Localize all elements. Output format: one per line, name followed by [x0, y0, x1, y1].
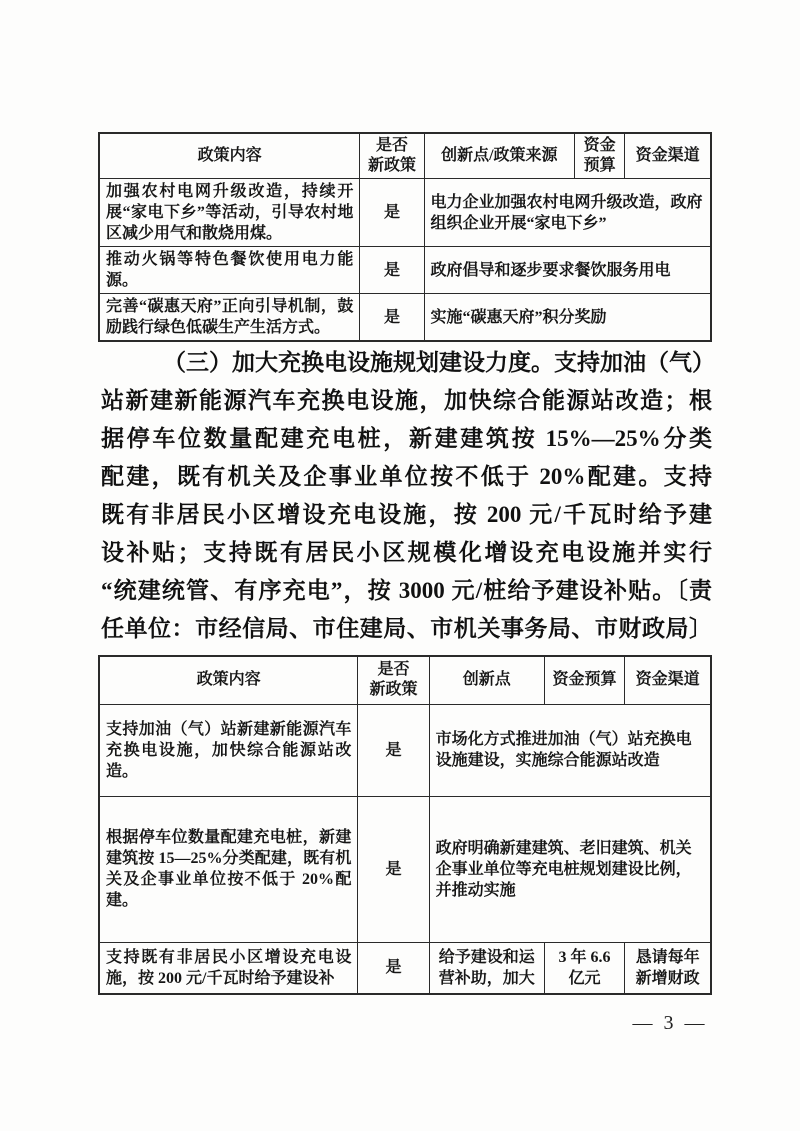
header-is-new-policy: 是否 新政策: [360, 133, 424, 179]
header-fund-budget: 资金预算: [544, 656, 624, 704]
is-new-cell: 是: [360, 294, 424, 342]
header-fund-channel: 资金渠道: [625, 133, 711, 179]
policy-content-cell: 完善“碳惠天府”正向引导机制，鼓励践行绿色低碳生产生活方式。: [99, 294, 360, 342]
policy-content-cell: 加强农村电网升级改造，持续开展“家电下乡”等活动，引导农村地区减少用气和散烧用煤…: [99, 179, 360, 247]
table-row: 加强农村电网升级改造，持续开展“家电下乡”等活动，引导农村地区减少用气和散烧用煤…: [99, 179, 711, 247]
is-new-cell: 是: [358, 942, 429, 994]
header-fund-channel: 资金渠道: [625, 656, 711, 704]
section-paragraph: （三）加大充换电设施规划建设力度。支持加油（气） 站新建新能源汽车充换电设施，加…: [101, 344, 712, 648]
policy-content-cell: 推动火锅等特色餐饮使用电力能源。: [99, 247, 360, 294]
innovation-cell: 市场化方式推进加油（气）站充换电设施建设，实施综合能源站改造: [429, 704, 711, 796]
table-row: 根据停车位数量配建充电桩，新建建筑按 15—25%分类配建，既有机关及企事业单位…: [99, 796, 711, 942]
header-fund-budget: 资金 预算: [575, 133, 625, 179]
paragraph-line: 站新建新能源汽车充换电设施，加快综合能源站改造；根: [101, 382, 712, 420]
table-row: 支持加油（气）站新建新能源汽车充换电设施，加快综合能源站改造。 是 市场化方式推…: [99, 704, 711, 796]
policy-table-top: 政策内容 是否 新政策 创新点/政策来源 资金 预算 资金渠道 加强农村电网升级…: [98, 132, 712, 342]
paragraph-line: 设补贴；支持既有居民小区规模化增设充电设施并实行: [101, 534, 712, 572]
policy-content-cell: 根据停车位数量配建充电桩，新建建筑按 15—25%分类配建，既有机关及企事业单位…: [99, 796, 358, 942]
paragraph-line: 据停车位数量配建充电桩，新建建筑按 15%—25%分类: [101, 420, 712, 458]
table-row: 完善“碳惠天府”正向引导机制，鼓励践行绿色低碳生产生活方式。 是 实施“碳惠天府…: [99, 294, 711, 342]
header-innovation: 创新点: [429, 656, 544, 704]
table-header-row: 政策内容 是否 新政策 创新点 资金预算 资金渠道: [99, 656, 711, 704]
header-policy-content: 政策内容: [99, 656, 358, 704]
policy-content-cell: 支持加油（气）站新建新能源汽车充换电设施，加快综合能源站改造。: [99, 704, 358, 796]
document-page: 政策内容 是否 新政策 创新点/政策来源 资金 预算 资金渠道 加强农村电网升级…: [0, 0, 800, 1131]
innovation-cell: 政府明确新建建筑、老旧建筑、机关企事业单位等充电桩规划建设比例，并推动实施: [429, 796, 711, 942]
header-policy-content: 政策内容: [99, 133, 360, 179]
innovation-source-cell: 政府倡导和逐步要求餐饮服务用电: [424, 247, 711, 294]
paragraph-line: 配建，既有机关及企事业单位按不低于 20%配建。支持: [101, 458, 712, 496]
paragraph-line: “统建统管、有序充电”，按 3000 元/桩给予建设补贴。〔责: [101, 572, 712, 610]
paragraph-line: （三）加大充换电设施规划建设力度。支持加油（气）: [101, 344, 712, 382]
header-innovation-source: 创新点/政策来源: [424, 133, 574, 179]
table-row: 推动火锅等特色餐饮使用电力能源。 是 政府倡导和逐步要求餐饮服务用电: [99, 247, 711, 294]
is-new-cell: 是: [360, 247, 424, 294]
innovation-cell: 给予建设和运营补助，加大: [429, 942, 544, 994]
policy-table-bottom: 政策内容 是否 新政策 创新点 资金预算 资金渠道 支持加油（气）站新建新能源汽…: [98, 655, 712, 995]
channel-cell: 恳请每年新增财政: [625, 942, 711, 994]
paragraph-line: 既有非居民小区增设充电设施，按 200 元/千瓦时给予建: [101, 496, 712, 534]
is-new-cell: 是: [360, 179, 424, 247]
paragraph-line: 任单位：市经信局、市住建局、市机关事务局、市财政局〕: [101, 610, 712, 648]
table-header-row: 政策内容 是否 新政策 创新点/政策来源 资金 预算 资金渠道: [99, 133, 711, 179]
policy-content-cell: 支持既有非居民小区增设充电设施，按 200 元/千瓦时给予建设补: [99, 942, 358, 994]
header-is-new-policy: 是否 新政策: [358, 656, 429, 704]
innovation-source-cell: 电力企业加强农村电网升级改造，政府组织企业开展“家电下乡”: [424, 179, 711, 247]
page-number: — 3 —: [595, 1012, 745, 1035]
budget-cell: 3 年 6.6 亿元: [544, 942, 624, 994]
table-row: 支持既有非居民小区增设充电设施，按 200 元/千瓦时给予建设补 是 给予建设和…: [99, 942, 711, 994]
is-new-cell: 是: [358, 796, 429, 942]
innovation-source-cell: 实施“碳惠天府”积分奖励: [424, 294, 711, 342]
is-new-cell: 是: [358, 704, 429, 796]
